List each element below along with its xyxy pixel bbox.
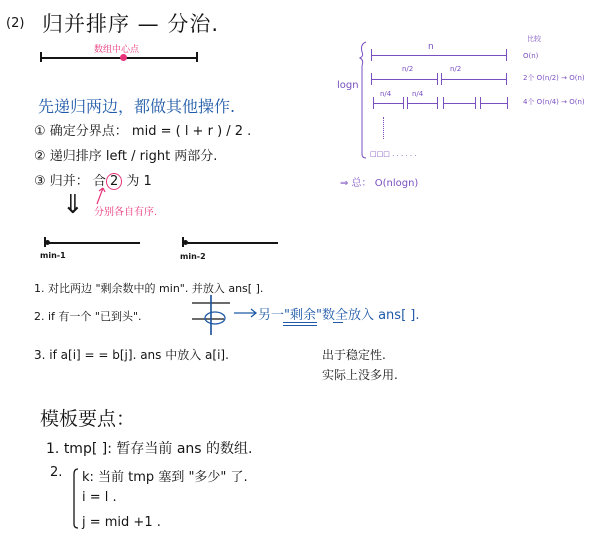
step-1: ① 确定分界点： mid = ( l + r ) / 2 . bbox=[34, 120, 251, 139]
min-1-label: min-1 bbox=[40, 251, 66, 260]
var-i: i = l . bbox=[82, 490, 117, 505]
step-text: 递归排序 left / right 两部分. bbox=[50, 149, 218, 164]
leaf-cells: □□□ . . . . . . bbox=[370, 150, 417, 158]
template-item-2-num: 2. bbox=[50, 465, 62, 480]
underline-2 bbox=[283, 325, 317, 326]
stability-note-2: 实际上没多用. bbox=[322, 366, 398, 383]
center-point-dot bbox=[120, 54, 127, 61]
logn-label: logn bbox=[337, 80, 359, 91]
step-3: ③ 归并： 合2 为 1 bbox=[34, 170, 152, 189]
merge-rule-2-note: 另一"剩余"数全放入 ans[ ]. bbox=[258, 304, 419, 323]
var-k: k: 当前 tmp 塞到 "多少" 了. bbox=[82, 466, 248, 485]
step-marker: ② bbox=[34, 149, 46, 164]
principle-heading: 先递归两边，都做其他操作. bbox=[38, 94, 235, 117]
step-text: 确定分界点： mid = ( l + r ) / 2 . bbox=[50, 124, 252, 139]
step-marker: ③ bbox=[34, 174, 46, 189]
step-2: ② 递归排序 left / right 两部分. bbox=[34, 145, 217, 164]
vertical-dots bbox=[383, 117, 385, 139]
min-2-label: min-2 bbox=[180, 252, 206, 261]
total-complexity: ⇒ 总： O(nlogn) bbox=[340, 174, 418, 189]
array-center-label: 数组中心点 bbox=[94, 42, 139, 55]
template-item-1: 1. tmp[ ]: 暂存当前 ans 的数组. bbox=[46, 438, 252, 458]
merge-rule-3: 3. if a[i] = = b[j]. ans 中放入 a[i]. bbox=[34, 346, 229, 363]
sorted-annotation: 分别各自有序. bbox=[94, 203, 157, 218]
down-arrow-icon: ⇓ bbox=[62, 190, 84, 220]
stability-note: 出于稳定性. bbox=[322, 346, 386, 363]
underline-1 bbox=[283, 322, 317, 323]
page-title: 归并排序 — 分治. bbox=[42, 8, 219, 38]
right-arrow-icon bbox=[234, 308, 259, 318]
left-brace-icon bbox=[72, 468, 80, 530]
section-index: (2) bbox=[6, 16, 24, 31]
column-header: 比较 bbox=[527, 34, 541, 44]
step-marker: ① bbox=[34, 124, 46, 139]
var-j: j = mid +1 . bbox=[82, 515, 161, 530]
template-heading: 模板要点： bbox=[40, 404, 135, 431]
merge-rule-2: 2. if 有一个 "已到头". bbox=[34, 308, 142, 324]
underline-3 bbox=[333, 322, 343, 323]
brace-icon bbox=[358, 42, 370, 162]
exhausted-pointer-sketch bbox=[190, 293, 240, 338]
